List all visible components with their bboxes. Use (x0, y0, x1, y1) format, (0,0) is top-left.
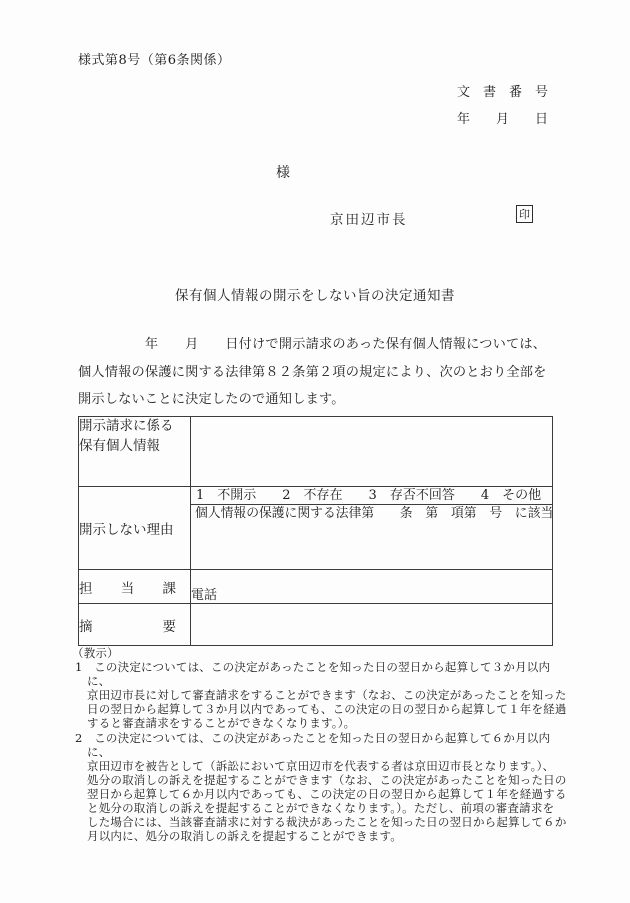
department-value-cell: 電話 (191, 570, 553, 604)
reason-options-line: 1 不開示 2 不存在 3 存否不回答 4 その他 (191, 487, 552, 505)
instructions-item-2: 2 この決定については、この決定があったことを知った日の翌日から起算して６か月以… (75, 731, 572, 844)
row-label-department: 担 当 課 (79, 570, 191, 604)
row-label-reason: 開示しない理由 (79, 487, 191, 570)
seal-mark: 印 (516, 205, 533, 223)
document-number-label: 文 書 番 号 (457, 81, 548, 100)
table-row-remarks: 摘 要 (79, 604, 553, 646)
instructions-heading: （教示） (72, 646, 572, 660)
remarks-label-char: 摘 (79, 615, 93, 635)
remarks-label-chars: 摘 要 (79, 615, 190, 635)
phone-label: 電話 (191, 588, 217, 603)
department-label-chars: 担 当 課 (79, 577, 190, 597)
remarks-label-char: 要 (163, 615, 177, 635)
instructions-item-1: 1 この決定については、この決定があったことを知った日の翌日から起算して３か月以… (75, 660, 572, 730)
date-line: 年 月 日 (457, 108, 548, 127)
decision-table: 開示請求に係る 保有個人情報 開示しない理由 1 不開示 2 不存在 3 存否不… (78, 416, 553, 646)
row-label-requested-info: 開示請求に係る 保有個人情報 (79, 417, 191, 487)
document-page: 様式第8号（第6条関係） 文 書 番 号 年 月 日 様 京田辺市長 印 保有個… (0, 0, 630, 903)
remarks-value-cell (191, 604, 553, 646)
reason-value-cell: 1 不開示 2 不存在 3 存否不回答 4 その他 個人情報の保護に関する法律第… (191, 487, 553, 570)
table-row-department: 担 当 課 電話 (79, 570, 553, 604)
department-label-char: 課 (163, 577, 177, 597)
row-label-remarks: 摘 要 (79, 604, 191, 646)
sender-name: 京田辺市長 (330, 208, 408, 228)
document-title: 保有個人情報の開示をしない旨の決定通知書 (0, 284, 630, 304)
table-row-requested-info: 開示請求に係る 保有個人情報 (79, 417, 553, 487)
seal-char: 印 (519, 209, 530, 220)
body-paragraph: 年 月 日付けで開示請求のあった保有個人情報については、 個人情報の保護に関する… (78, 331, 568, 414)
requested-info-value-cell (191, 417, 553, 487)
addressee-suffix: 様 (276, 162, 290, 182)
department-label-char: 当 (121, 577, 135, 597)
reason-label-text: 開示しない理由 (79, 522, 174, 538)
form-number-label: 様式第8号（第6条関係） (78, 49, 231, 68)
table-row-reason: 開示しない理由 1 不開示 2 不存在 3 存否不回答 4 その他 個人情報の保… (79, 487, 553, 570)
instructions-section: （教示） 1 この決定については、この決定があったことを知った日の翌日から起算し… (72, 646, 572, 843)
department-label-char: 担 (79, 577, 93, 597)
reason-law-line: 個人情報の保護に関する法律第 条 第 項第 号 に該当 (191, 505, 552, 521)
